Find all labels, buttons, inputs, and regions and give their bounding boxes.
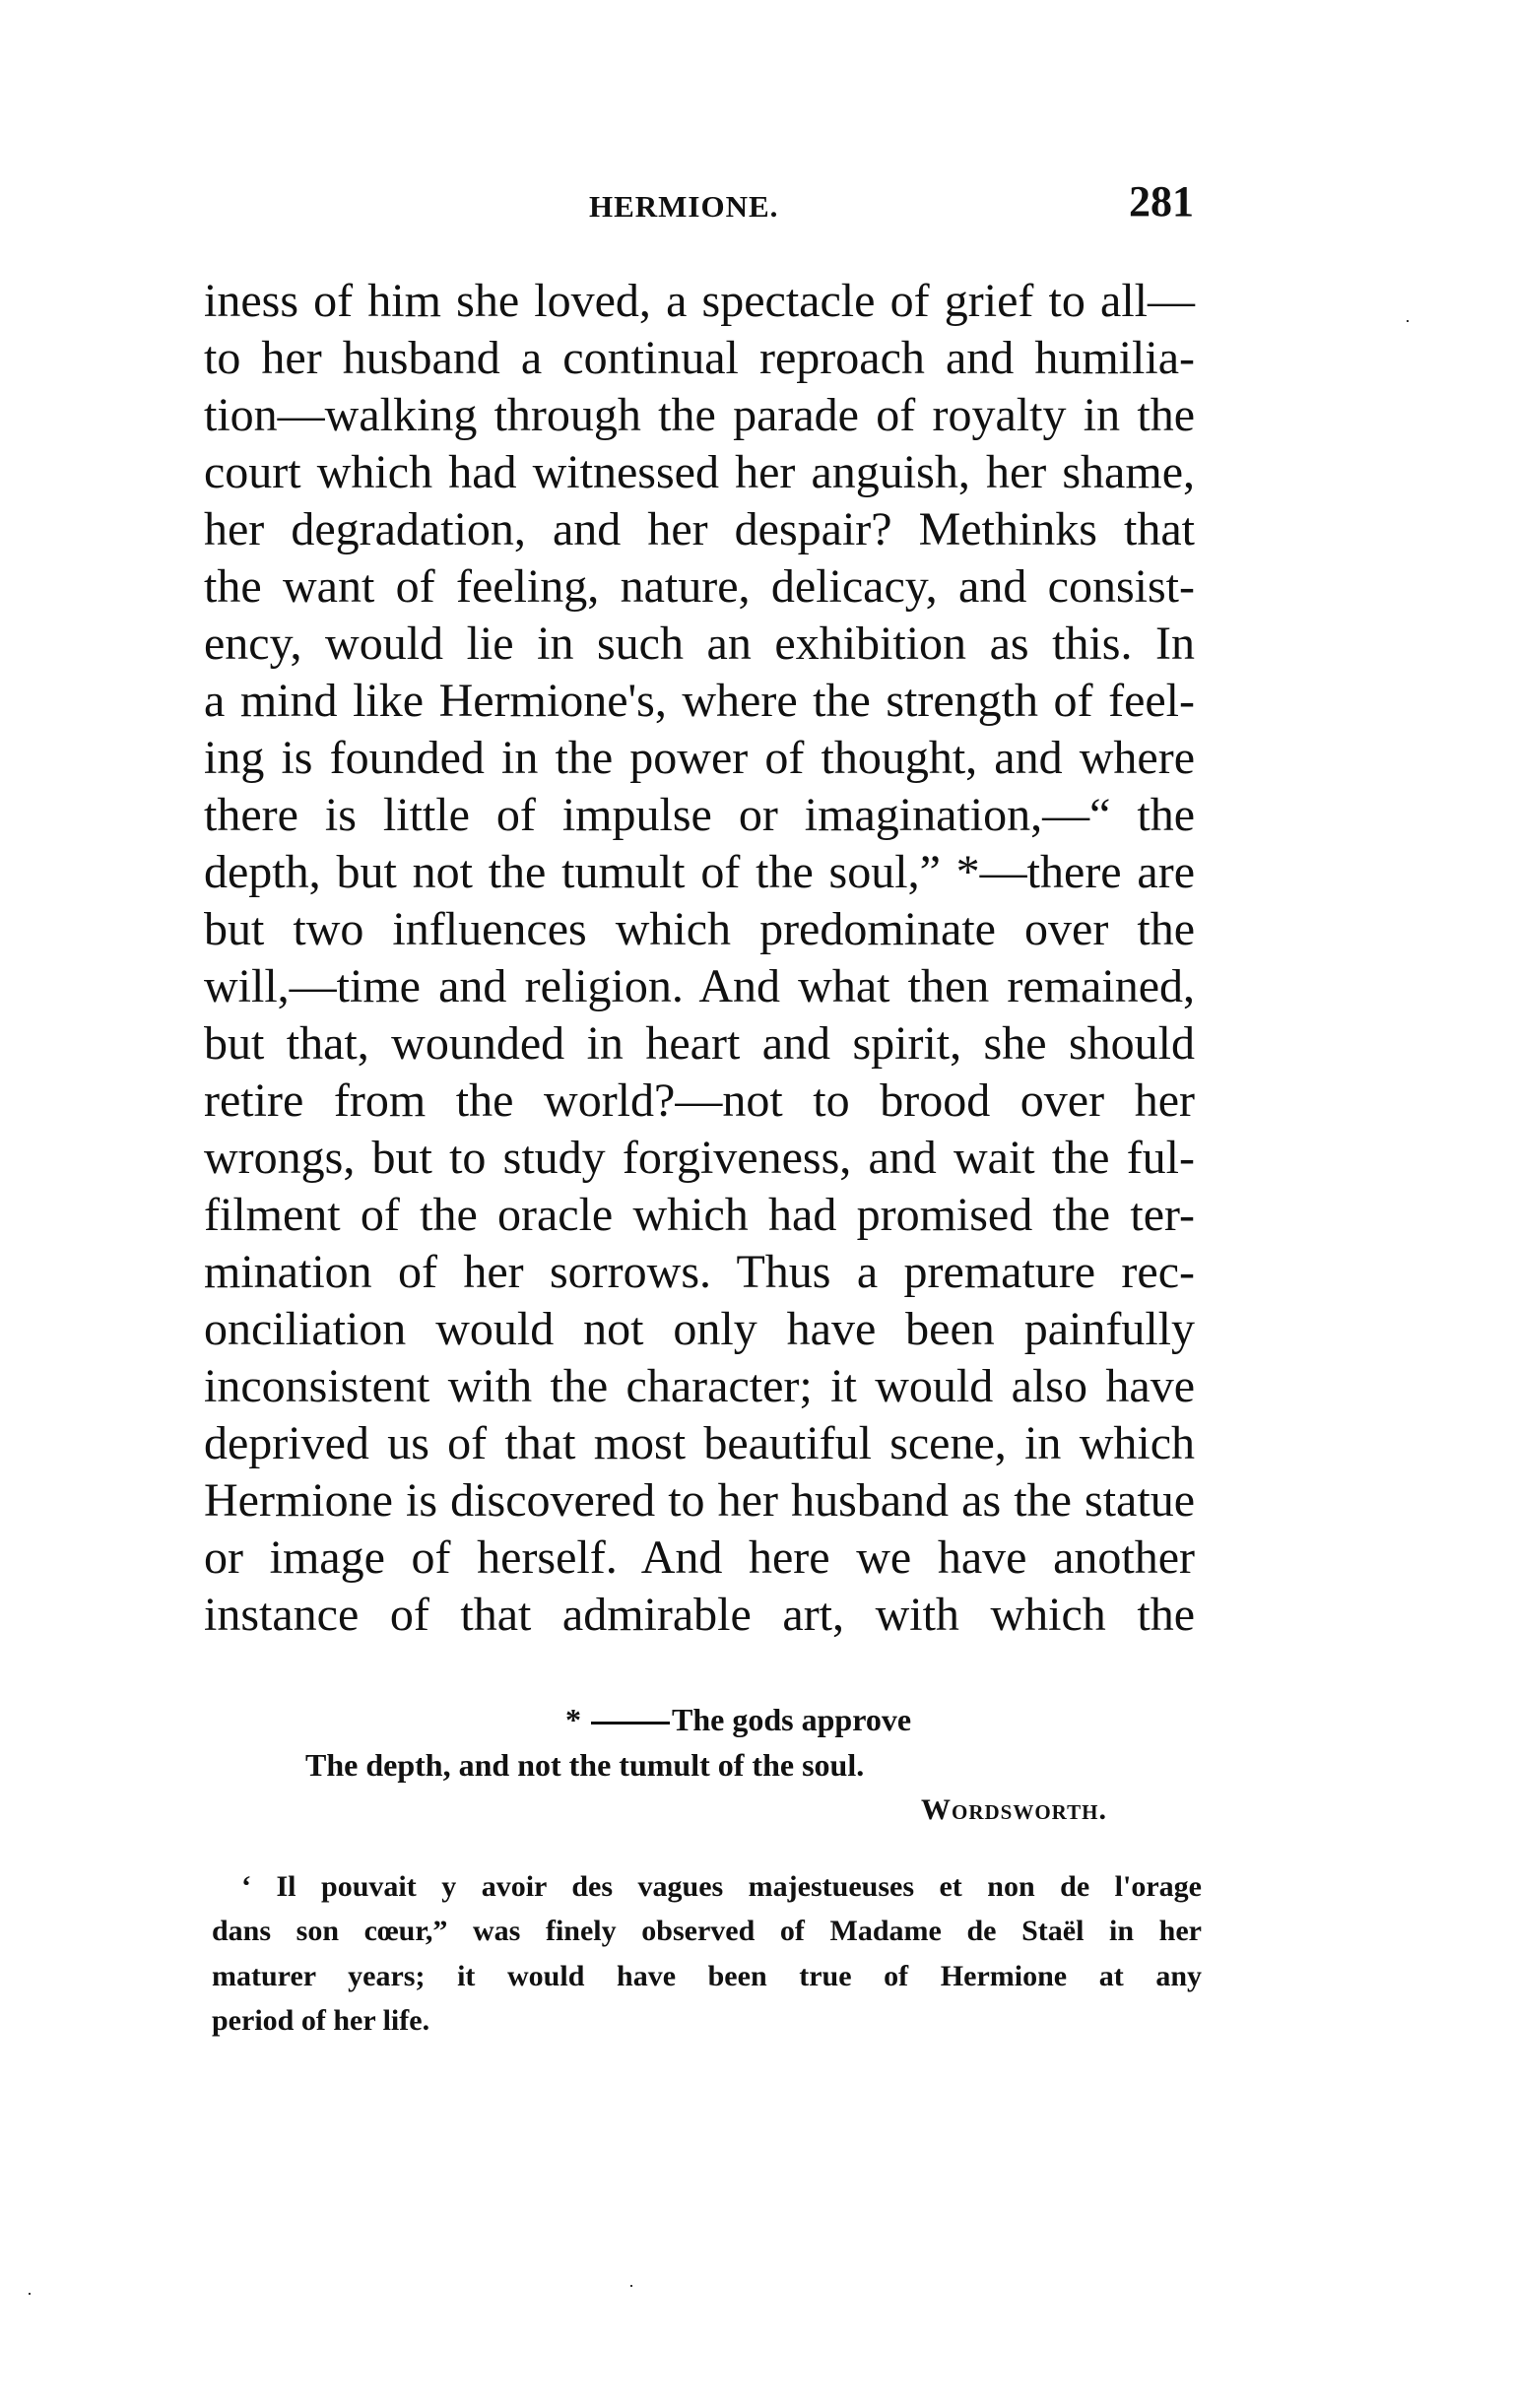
body-line: there is little of impulse or imaginatio… [204,787,1195,844]
footnote-line: dans son cœur,” was finely observed of M… [212,1909,1202,1953]
body-line: but two influences which predominate ove… [204,901,1195,958]
footnote-line: maturer years; it would have been true o… [212,1954,1202,1998]
running-title: HERMIONE. [589,187,816,227]
footnote-marker: * [565,1702,581,1737]
body-line: court which had witnessed her anguish, h… [204,444,1195,501]
body-line: iness of him she loved, a spectacle of g… [204,273,1195,330]
body-line: mination of her sorrows. Thus a prematur… [204,1244,1195,1301]
footnote-line: period of her life. [212,1998,1202,2043]
scan-speck [630,2285,632,2287]
body-line: retire from the world?—not to brood over… [204,1073,1195,1130]
body-line: filment of the oracle which had promised… [204,1187,1195,1244]
body-line: wrongs, but to study forgiveness, and wa… [204,1130,1195,1187]
verse-line-2: The depth, and not the tumult of the sou… [305,1745,864,1785]
verse-dash [591,1722,670,1725]
body-line: to her husband a continual reproach and … [204,330,1195,387]
verse-attribution: Wordsworth. [921,1790,1107,1830]
body-line: depth, but not the tumult of the soul,” … [204,844,1195,901]
scan-speck [29,2293,31,2295]
book-page: HERMIONE. 281 iness of him she loved, a … [0,0,1513,2408]
body-line: ing is founded in the power of thought, … [204,730,1195,787]
body-line: inconsistent with the character; it woul… [204,1358,1195,1415]
body-line: her degradation, and her despair? Methin… [204,501,1195,558]
footnote-line: ‘ Il pouvait y avoir des vagues majestue… [241,1864,1202,1909]
verse-line-1: *The gods approve [565,1700,911,1739]
verse-text-1: The gods approve [672,1702,911,1737]
body-line: the want of feeling, nature, delicacy, a… [204,558,1195,616]
body-line: ency, would lie in such an exhibition as… [204,616,1195,673]
body-line: tion—walking through the parade of royal… [204,387,1195,444]
scan-speck [1407,320,1409,322]
running-head: HERMIONE. 281 [0,0,1513,236]
body-line: but that, wounded in heart and spirit, s… [204,1015,1195,1073]
body-line: onciliation would not only have been pai… [204,1301,1195,1358]
body-line: or image of herself. And here we have an… [204,1529,1195,1587]
body-line: a mind like Hermione's, where the streng… [204,673,1195,730]
body-line: will,—time and religion. And what then r… [204,958,1195,1015]
page-number: 281 [1123,177,1194,227]
body-line: instance of that admirable art, with whi… [204,1587,1195,1644]
body-line: deprived us of that most beautiful scene… [204,1415,1195,1472]
body-line: Hermione is discovered to her husband as… [204,1472,1195,1529]
